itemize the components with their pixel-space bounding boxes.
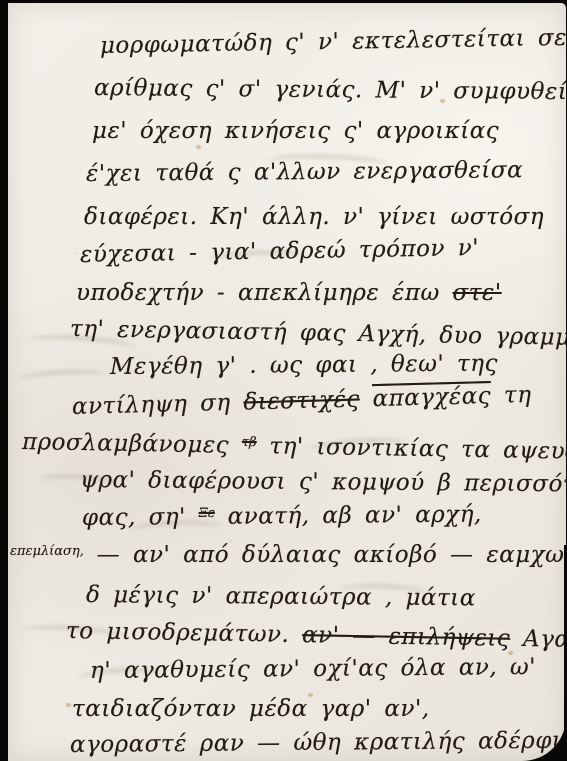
manuscript-line-2: αρίθμας ς' σ' γενιάς. Μ' ν' συμφυθείς, <box>94 77 566 104</box>
handwriting-segment: η' αγαθυμείς αν' οχί'ας όλα αν, ω' <box>90 654 536 684</box>
manuscript-line-10: αντίληψη ση διεστιχές απαγχέας τη <box>72 384 532 419</box>
manuscript-line-9: Μεγέθη γ' . ως φαι , θεω' της <box>110 353 498 379</box>
struck-word: στε' <box>453 280 502 306</box>
manuscript-line-8: τη' ενεργασιαστή φας Αγχή, δυο γραμμάτια… <box>70 318 566 351</box>
manuscript-line-14: επεμλίαση, — αν' από δύλαιας ακίοβό — εα… <box>10 544 566 567</box>
handwriting-segment: με' όχεση κινήσεις ς' αγροικίας <box>92 118 499 144</box>
handwriting-segment: εύχεσαι - για' αδρεώ τρόπον ν' <box>80 235 480 268</box>
manuscript-line-6: εύχεσαι - για' αδρεώ τρόπον ν' <box>80 237 479 267</box>
manuscript-line-18: ταιδιαζόνταν μέδα γαρ' αν', <box>72 698 430 721</box>
handwriting-segment: μορφωματώδη ς' ν' εκτελεστείται σε' <box>100 25 566 59</box>
handwriting-segment: προσλαμβάνομες <box>22 429 242 459</box>
manuscript-line-16: το μισοδρεμάτων. αν' — επιλήψεις Αγαπ. <box>66 620 566 652</box>
manuscript-line-19: αγοραστέ ραν — ώθη κρατιλής αδέρφια <box>70 730 566 757</box>
bleed-through-stroke <box>18 368 109 388</box>
manuscript-line-4: έ'χει ταθά ς α'λλων ενεργασθείσα <box>86 159 523 186</box>
manuscript-line-3: με' όχεση κινήσεις ς' αγροικίας <box>92 120 499 143</box>
handwriting-segment <box>359 386 372 412</box>
manuscript-line-11: προσλαμβάνομες τβ τη' ισοντικίας τα αψευ… <box>22 431 566 464</box>
struck-word: Ξε <box>199 506 215 521</box>
handwriting-segment: ψρα' διαφέρουσι ς' κομψού β περισσότ. <box>80 467 566 497</box>
struck-word: αν' — επιλήψεις <box>302 622 511 652</box>
paper: μορφωματώδη ς' ν' εκτελεστείται σε'αρίθμ… <box>8 3 566 761</box>
handwriting-segment: τη <box>491 382 532 409</box>
handwriting-segment: διαφέρει. Κη' άλλη. ν' γίνει ωστόση <box>84 204 544 230</box>
manuscript-line-1: μορφωματώδη ς' ν' εκτελεστείται σε' <box>100 27 566 58</box>
handwriting-segment: — αν' από δύλαιας ακίοβό — εαμχων <box>84 542 566 568</box>
handwriting-segment: αντίληψη ση <box>72 390 244 420</box>
manuscript-line-17: η' αγαθυμείς αν' οχί'ας όλα αν, ω' <box>90 656 536 683</box>
handwriting-segment: υποδεχτήν - απεκλίμηρε έπω <box>76 280 453 306</box>
struck-word: τβ <box>242 435 257 450</box>
handwriting-segment: έ'χει ταθά ς α'λλων ενεργασθείσα <box>86 157 523 187</box>
manuscript-line-7: υποδεχτήν - απεκλίμηρε έπω στε' <box>76 282 502 305</box>
foxing-spot <box>66 703 71 707</box>
handwriting-segment: τη' ισοντικίας τα αψευδή <box>256 433 566 465</box>
scanned-manuscript: μορφωματώδη ς' ν' εκτελεστείται σε'αρίθμ… <box>0 0 567 761</box>
manuscript-line-13: φας, ση' Ξε ανατή, αβ αν' αρχή, <box>82 504 482 530</box>
handwriting-segment: Μεγέθη γ' . ως φαι , θεω' της <box>110 351 498 380</box>
handwriting-segment: το μισοδρεμάτων. <box>66 618 303 648</box>
handwriting-segment: αγοραστέ ραν — ώθη κρατιλής αδέρφια <box>70 728 566 758</box>
handwriting-segment: ανατή, αβ αν' αρχή, <box>215 502 482 530</box>
handwriting-segment: απαγχέας <box>372 383 491 412</box>
handwriting-segment: Αγαπ. <box>510 626 566 653</box>
foxing-spot <box>196 145 201 149</box>
handwriting-segment: δ μέγις ν' απεραιώτρα , μάτια <box>86 582 476 611</box>
margin-insertion: επεμλίαση, <box>10 544 84 559</box>
struck-word: διεστιχές <box>243 386 360 415</box>
handwriting-segment: αρίθμας ς' σ' γενιάς. Μ' ν' συμφυθείς, <box>94 75 566 105</box>
handwriting-segment: φας, ση' <box>82 504 199 531</box>
handwriting-segment: τη' ενεργασιαστή φας Αγχή, δυο γραμμάτια… <box>70 316 566 352</box>
handwriting-segment: ταιδιαζόνταν μέδα γαρ' αν', <box>72 696 430 722</box>
manuscript-line-12: ψρα' διαφέρουσι ς' κομψού β περισσότ. <box>80 469 566 496</box>
manuscript-line-15: δ μέγις ν' απεραιώτρα , μάτια <box>86 584 476 610</box>
manuscript-line-5: διαφέρει. Κη' άλλη. ν' γίνει ωστόση <box>84 206 544 229</box>
